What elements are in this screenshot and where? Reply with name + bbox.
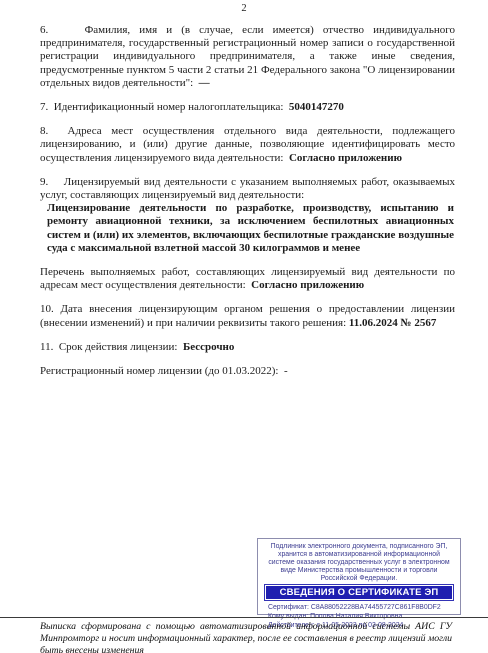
paragraph-reg-number: Регистрационный номер лицензии (до 01.03… bbox=[40, 365, 455, 378]
p7-text: 7. Идентификационный номер налогоплатель… bbox=[40, 101, 283, 113]
p11-value: Бессрочно bbox=[183, 341, 234, 353]
reg-value: - bbox=[284, 365, 288, 377]
stamp-certificate-banner: СВЕДЕНИЯ О СЕРТИФИКАТЕ ЭП bbox=[265, 585, 453, 600]
document-body: 6. Фамилия, имя и (в случае, если имеетс… bbox=[40, 24, 455, 389]
page-number: 2 bbox=[0, 3, 488, 14]
footer-disclaimer: Выписка сформирована с помощью автоматиз… bbox=[40, 621, 452, 653]
document-page: 2 6. Фамилия, имя и (в случае, если имее… bbox=[0, 0, 488, 653]
list-text: Перечень выполняемых работ, составляющих… bbox=[40, 266, 455, 291]
paragraph-6: 6. Фамилия, имя и (в случае, если имеетс… bbox=[40, 24, 455, 90]
p10-value: 11.06.2024 № 2567 bbox=[349, 317, 436, 329]
paragraph-8: 8. Адреса мест осуществления отдельного … bbox=[40, 125, 455, 165]
electronic-signature-stamp: Подлинник электронного документа, подпис… bbox=[257, 538, 461, 615]
paragraph-11: 11. Срок действия лицензии: Бессрочно bbox=[40, 341, 455, 354]
p6-value: — bbox=[199, 77, 210, 89]
reg-text: Регистрационный номер лицензии (до 01.03… bbox=[40, 365, 278, 377]
paragraph-10: 10. Дата внесения лицензирующим органом … bbox=[40, 303, 455, 329]
paragraph-9-intro: 9. Лицензируемый вид деятельности с указ… bbox=[40, 176, 455, 202]
footnote-divider bbox=[0, 617, 488, 618]
stamp-certificate-line: Сертификат: C8A88052228BA74455727C861F8B… bbox=[268, 604, 454, 613]
paragraph-7: 7. Идентификационный номер налогоплатель… bbox=[40, 101, 455, 114]
paragraph-9-activity: Лицензирование деятельности по разработк… bbox=[47, 202, 454, 255]
p8-value: Согласно приложению bbox=[289, 152, 402, 164]
p9-text: 9. Лицензируемый вид деятельности с указ… bbox=[40, 176, 455, 201]
p11-text: 11. Срок действия лицензии: bbox=[40, 341, 177, 353]
stamp-header-text: Подлинник электронного документа, подпис… bbox=[264, 543, 454, 583]
p6-text: 6. Фамилия, имя и (в случае, если имеетс… bbox=[40, 24, 455, 89]
paragraph-works-list: Перечень выполняемых работ, составляющих… bbox=[40, 266, 455, 292]
list-value: Согласно приложению bbox=[251, 279, 364, 291]
p7-value: 5040147270 bbox=[289, 101, 344, 113]
